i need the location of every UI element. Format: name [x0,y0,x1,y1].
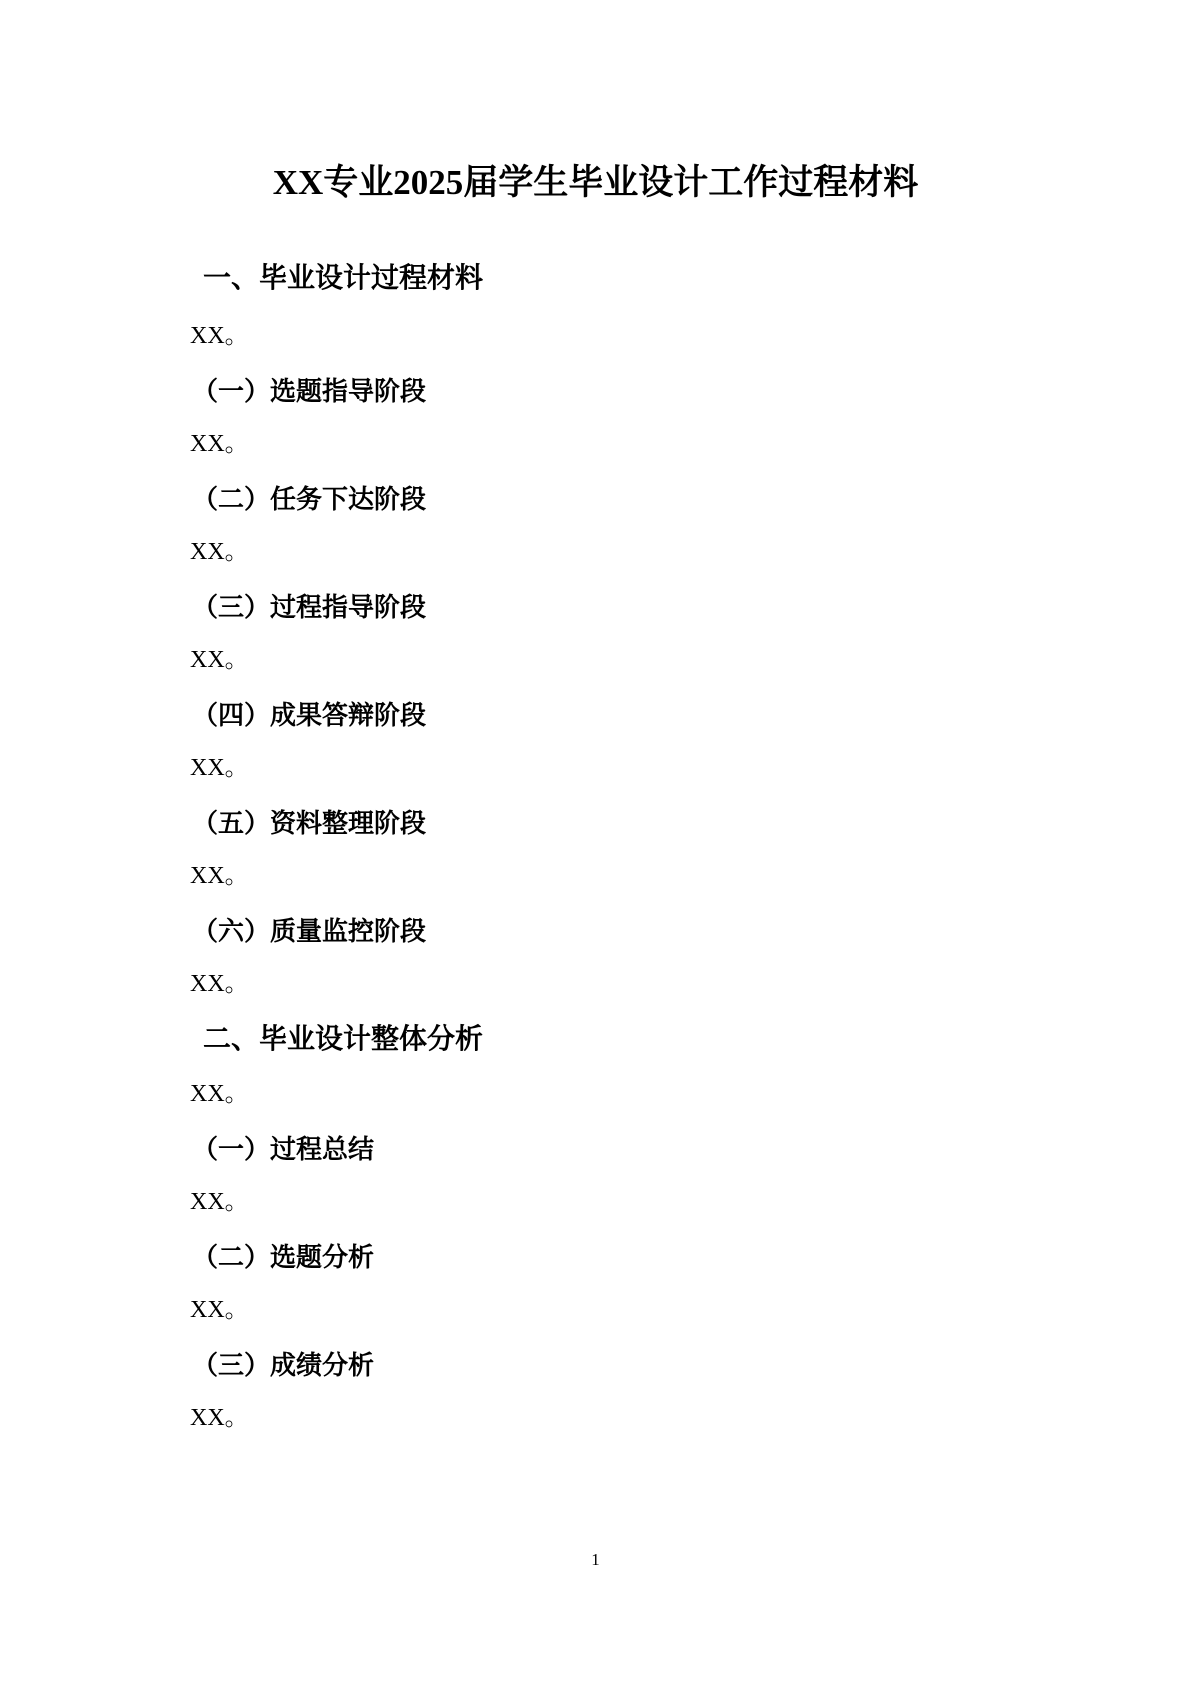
subsection-heading-2-2: （二）选题分析 [192,1238,374,1278]
document-page: XX专业2025届学生毕业设计工作过程材料 一、毕业设计过程材料 XX。 （一）… [0,0,1191,1684]
subsection-heading-1-5: （五）资料整理阶段 [192,804,426,844]
subsection-body-1-3: XX。 [190,642,249,678]
subsection-heading-1-4: （四）成果答辩阶段 [192,696,426,736]
subsection-heading-1-6: （六）质量监控阶段 [192,912,426,952]
document-title: XX专业2025届学生毕业设计工作过程材料 [0,158,1191,208]
subsection-body-2-1: XX。 [190,1184,249,1220]
subsection-body-2-2: XX。 [190,1292,249,1328]
section-heading-1: 一、毕业设计过程材料 [203,258,483,298]
subsection-body-1-1: XX。 [190,426,249,462]
subsection-body-1-5: XX。 [190,858,249,894]
section-body-1: XX。 [190,318,249,354]
subsection-heading-1-1: （一）选题指导阶段 [192,372,426,412]
section-heading-2: 二、毕业设计整体分析 [203,1019,483,1059]
subsection-body-2-3: XX。 [190,1400,249,1436]
subsection-body-1-6: XX。 [190,966,249,1002]
section-body-2: XX。 [190,1076,249,1112]
subsection-heading-2-1: （一）过程总结 [192,1130,374,1170]
subsection-heading-1-3: （三）过程指导阶段 [192,588,426,628]
subsection-heading-2-3: （三）成绩分析 [192,1346,374,1386]
subsection-heading-1-2: （二）任务下达阶段 [192,480,426,520]
subsection-body-1-2: XX。 [190,534,249,570]
page-number: 1 [0,1548,1191,1572]
subsection-body-1-4: XX。 [190,750,249,786]
